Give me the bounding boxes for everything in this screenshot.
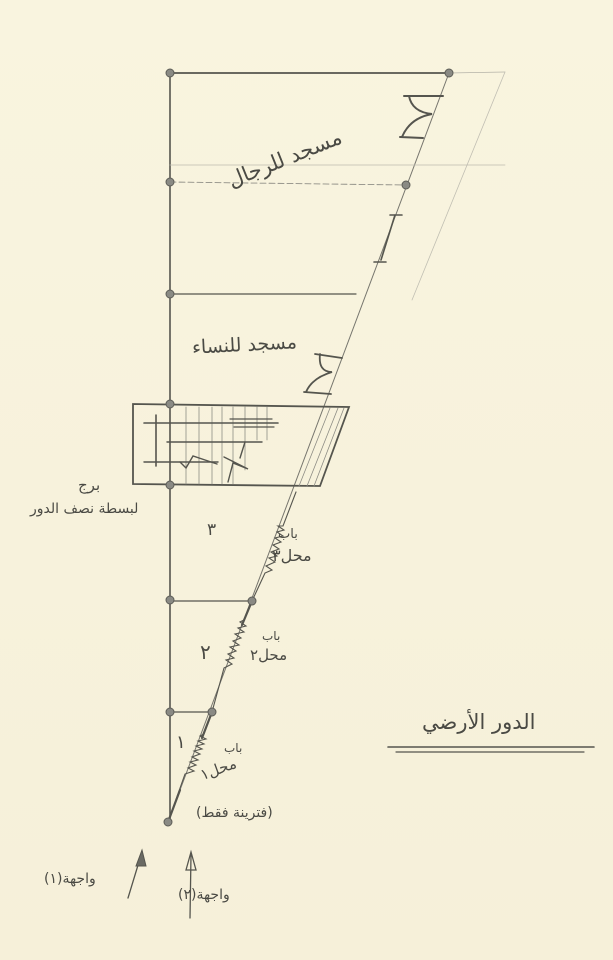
node-dot [445, 69, 453, 77]
node-dot [166, 178, 174, 186]
node-dot [166, 596, 174, 604]
node-dot [208, 708, 216, 716]
tower-label: برج [78, 478, 100, 493]
node-dot [166, 290, 174, 298]
shop2-number: ٢ [200, 642, 211, 662]
shop3-number: ٣ [207, 522, 216, 539]
shop2-door-sublabel: محل٢ [250, 648, 287, 663]
shop3-door-sublabel: محل٣ [272, 548, 312, 564]
node-dot [166, 400, 174, 408]
facade1-label: واجهة(١) [44, 872, 96, 886]
shop1-door-label: باب [224, 742, 242, 754]
shop2-door-label: باب [262, 630, 280, 642]
node-dot [166, 69, 174, 77]
tower-outline [133, 404, 349, 486]
node-dot [402, 181, 410, 189]
facade2-label: واجهة(٢) [178, 888, 230, 902]
women-mosque-label: مسجد للنساء [192, 333, 298, 357]
shop1-vitrine-note: (فترينة فقط) [196, 806, 273, 820]
shop1-number: ١ [176, 734, 186, 752]
node-dot [166, 708, 174, 716]
node-dot [164, 818, 172, 826]
shop3-door-label: باب [278, 528, 298, 541]
node-dot [248, 597, 256, 605]
tower-sublabel: لبسطة نصف الدور [30, 502, 138, 516]
men-door-symbol [400, 96, 443, 138]
node-dot [166, 481, 174, 489]
floor-title: الدور الأرضي [422, 712, 536, 733]
window-symbol [374, 215, 402, 262]
